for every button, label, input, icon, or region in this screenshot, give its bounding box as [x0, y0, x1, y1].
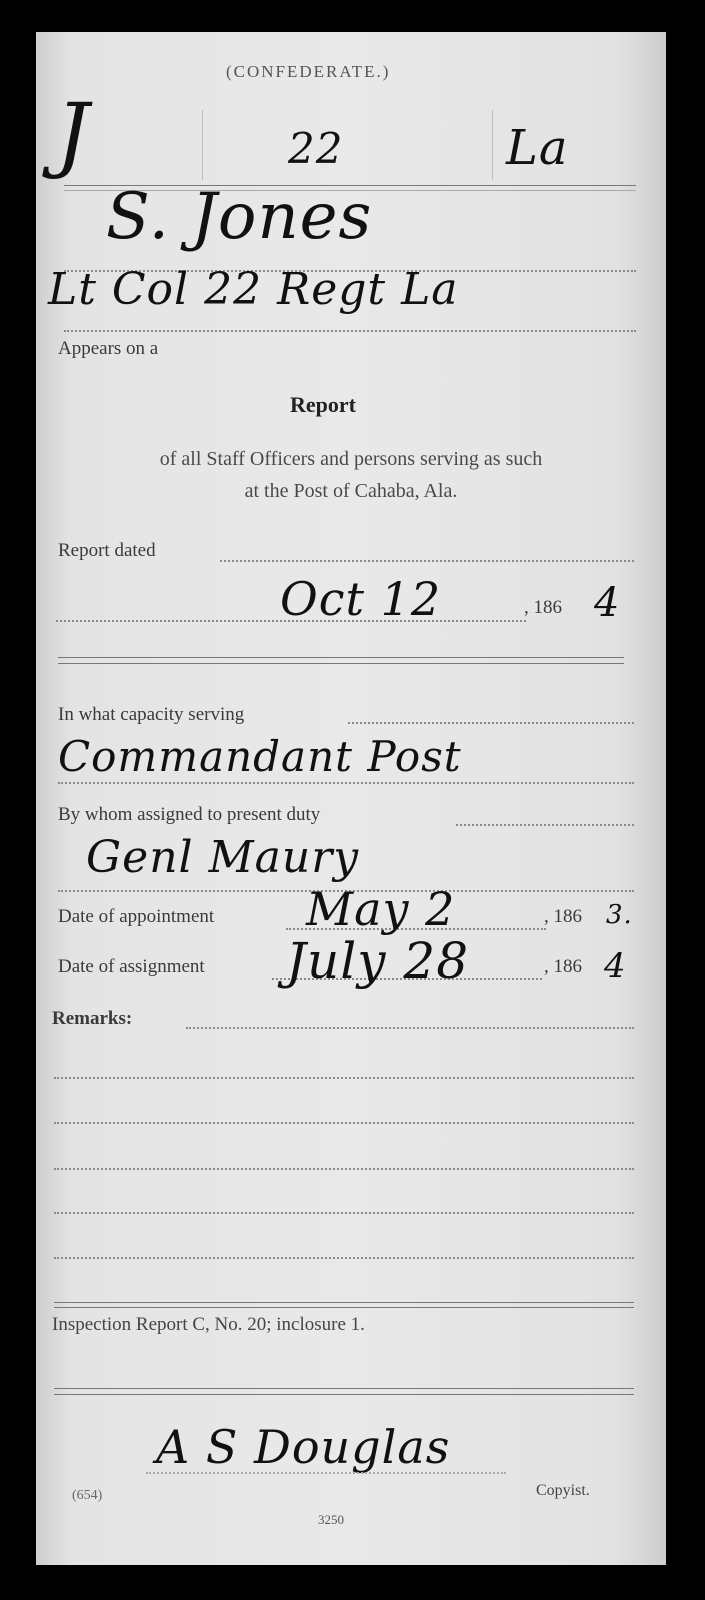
assignment-label: Date of assignment: [58, 956, 205, 978]
document-type: Report: [290, 392, 356, 418]
remarks-label: Remarks:: [52, 1008, 132, 1030]
copyist-signature: A S Douglas: [156, 1420, 450, 1474]
rule: [54, 1302, 634, 1303]
inspection-reference: Inspection Report C, No. 20; inclosure 1…: [52, 1314, 365, 1336]
remarks-line: [54, 1077, 634, 1079]
column-divider: [492, 110, 493, 180]
dotted-rule: [456, 824, 634, 826]
signature-line: [146, 1472, 506, 1474]
report-year-prefix: , 186: [524, 597, 562, 619]
report-dated-label: Report dated: [58, 540, 156, 562]
assigned-by-label: By whom assigned to present duty: [58, 804, 320, 826]
confederate-header: (CONFEDERATE.): [226, 62, 390, 82]
assignment-year-prefix: , 186: [544, 956, 582, 978]
appointment-year-suffix: 3.: [606, 900, 633, 930]
print-number: 3250: [318, 1512, 344, 1528]
report-dated-value: Oct 12: [280, 572, 441, 626]
form-number: (654): [72, 1488, 102, 1504]
remarks-line: [54, 1122, 634, 1124]
rule: [58, 663, 624, 664]
capacity-value: Commandant Post: [58, 732, 462, 781]
appointment-label: Date of appointment: [58, 906, 214, 928]
assignment-year-suffix: 4: [604, 946, 627, 986]
rule: [58, 657, 624, 658]
assignment-value: July 28: [286, 932, 469, 990]
appears-on-label: Appears on a: [58, 338, 158, 360]
surname-initial: J: [56, 94, 90, 176]
remarks-line: [54, 1168, 634, 1170]
rank-unit: Lt Col 22 Regt La: [48, 264, 459, 315]
copyist-label: Copyist.: [536, 1482, 590, 1500]
state-abbrev: La: [506, 120, 569, 176]
column-divider: [202, 110, 203, 180]
dotted-rule: [220, 560, 634, 562]
dotted-rule: [56, 620, 526, 622]
appointment-value: May 2: [306, 882, 455, 936]
rule: [54, 1394, 634, 1395]
dotted-rule: [348, 722, 634, 724]
soldier-name: S. Jones: [106, 182, 372, 252]
appointment-year-prefix: , 186: [544, 906, 582, 928]
dotted-rule: [58, 782, 634, 784]
rule: [54, 1388, 634, 1389]
regiment-number: 22: [288, 124, 343, 173]
rule: [54, 1307, 634, 1308]
dotted-rule: [64, 330, 636, 332]
capacity-label: In what capacity serving: [58, 704, 244, 726]
assigned-by-value: Genl Maury: [86, 832, 359, 883]
report-year-suffix: 4: [594, 580, 620, 626]
record-card: (CONFEDERATE.) J 22 La S. Jones Lt Col 2…: [36, 32, 666, 1565]
remarks-line: [54, 1257, 634, 1259]
description-line-1: of all Staff Officers and persons servin…: [36, 448, 666, 471]
description-line-2: at the Post of Cahaba, Ala.: [36, 480, 666, 503]
remarks-line: [54, 1212, 634, 1214]
dotted-rule: [186, 1027, 634, 1029]
